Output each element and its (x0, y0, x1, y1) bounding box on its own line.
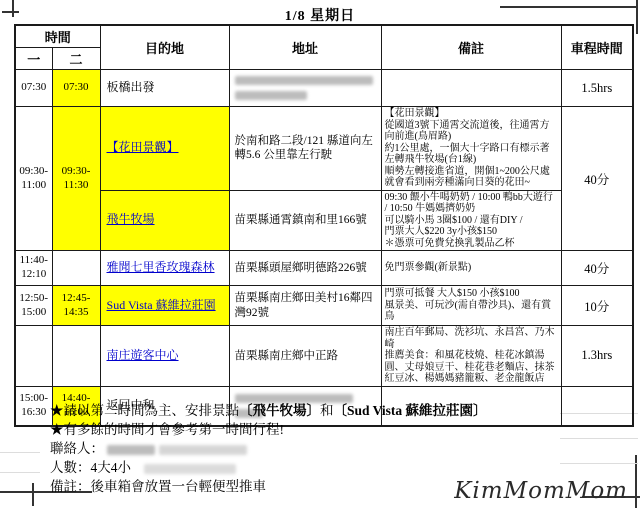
sudvista-link[interactable]: Sud Vista 蘇維拉莊園 (107, 298, 216, 312)
destination-yawen: 雅聞七里香玫瑰森林 (100, 251, 229, 286)
time2-yawen-empty (52, 251, 100, 286)
itinerary-page: 1/8 星期日 時間 目的地 地址 備註 車程時間 一 二 07:30 07:3… (0, 0, 640, 508)
col-header-time-option2: 二 (52, 48, 100, 70)
redacted-text (235, 76, 373, 85)
time1-sudvista: 12:50- 15:00 (15, 286, 52, 326)
time2-sudvista: 12:45- 14:35 (52, 286, 100, 326)
redacted-text (107, 445, 155, 455)
drive-nanzhuang: 1.3hrs (561, 326, 633, 387)
time1-yawen: 11:40- 12:10 (15, 251, 52, 286)
note-line: 南庄百年郵局、洗衫坑、永昌宮、乃木崎 (385, 327, 558, 350)
table-row: 07:30 07:30 板橋出發 1.5hrs (15, 70, 633, 107)
note-line: 約1公里處，一個大十字路口有標示著左轉飛牛牧場(台1線) (385, 143, 558, 166)
time1-banqiao: 07:30 (15, 70, 52, 107)
footer-highlight-sudvista: 〔Sud Vista 蘇維拉莊園〕 (334, 403, 487, 418)
table-row: 09:30- 11:00 09:30- 11:30 【花田景觀】 於南和路二段/… (15, 107, 633, 191)
notes-yawen: 免門票參觀(新景點) (381, 251, 561, 286)
note-line: 免門票參觀(新景點) (385, 262, 558, 274)
note-line: 順勢左轉接進省道，開個1~200公尺處就會看到兩旁種滿向日葵的花田~ (385, 166, 558, 189)
notes-feiniu: 09:30 餵小牛喝奶奶 / 10:00 鴨bb大遊行 / 10:50 牛媽媽擠… (381, 190, 561, 251)
col-header-notes: 備註 (381, 25, 561, 70)
time1-morning: 09:30- 11:00 (15, 107, 52, 251)
redacted-text (235, 91, 307, 100)
note-line: 門票大人$220 3y小孩$150 (385, 226, 558, 238)
table-row: 12:50- 15:00 12:45- 14:35 Sud Vista 蘇維拉莊… (15, 286, 633, 326)
note-line: 推薦美食：和風花枝燒、桂花冰鎮湯圓、丈母娘豆干、桂花巷老麵店、抹茶紅豆冰、楊媽媽… (385, 350, 558, 385)
table-row: 飛牛牧場 苗栗縣通霄鎮南和里166號 09:30 餵小牛喝奶奶 / 10:00 … (15, 190, 633, 251)
col-header-address: 地址 (229, 25, 381, 70)
address-banqiao-redacted (229, 70, 381, 107)
footer-line-contact: 聯絡人： (50, 439, 610, 458)
col-header-time: 時間 (15, 25, 100, 48)
notes-nanzhuang: 南庄百年郵局、洗衫坑、永昌宮、乃木崎 推薦美食：和風花枝燒、桂花冰鎮湯圓、丈母娘… (381, 326, 561, 387)
scan-artifact-line (0, 472, 40, 473)
footer-text: ★請以第二時間為主、安排景點 (50, 403, 239, 418)
note-line: 從國道3號下通霄交流道後，往通霄方向前進(鳥眉路) (385, 120, 558, 143)
time1-nanzhuang-empty (15, 326, 52, 387)
drive-morning: 40分 (561, 107, 633, 251)
destination-banqiao: 板橋出發 (100, 70, 229, 107)
time2-morning: 09:30- 11:30 (52, 107, 100, 251)
footer-line-priority: ★請以第二時間為主、安排景點〔飛牛牧場〕和〔Sud Vista 蘇維拉莊園〕 (50, 401, 610, 420)
contact-label: 聯絡人： (50, 441, 104, 456)
itinerary-table: 時間 目的地 地址 備註 車程時間 一 二 07:30 07:30 板橋出發 1… (14, 24, 634, 427)
crop-mark-bottom-left-v (32, 483, 34, 506)
note-line: 風景美、可玩沙(需自帶沙具)、還有賞鳥 (385, 300, 558, 323)
note-line: 09:30 餵小牛喝奶奶 / 10:00 鴨bb大遊行 / 10:50 牛媽媽擠… (385, 192, 558, 215)
drive-banqiao: 1.5hrs (561, 70, 633, 107)
page-title: 1/8 星期日 (0, 5, 640, 25)
col-header-drive-time: 車程時間 (561, 25, 633, 70)
col-header-time-option1: 一 (15, 48, 52, 70)
redacted-text (159, 445, 247, 455)
notes-sudvista: 門票可抵餐 大人$150 小孩$100 風景美、可玩沙(需自帶沙具)、還有賞鳥 (381, 286, 561, 326)
huatian-link[interactable]: 【花田景觀】 (107, 140, 179, 154)
destination-nanzhuang: 南庄遊客中心 (100, 326, 229, 387)
note-line: 門票可抵餐 大人$150 小孩$100 (385, 288, 558, 300)
footer-line-extra-time: ★有多餘的時間才會參考第一時間行程! (50, 420, 610, 439)
yawen-link[interactable]: 雅聞七里香玫瑰森林 (107, 260, 215, 274)
nanzhuang-link[interactable]: 南庄遊客中心 (107, 348, 179, 362)
note-line: 可以騎小馬 3圈$100 / 還有DIY / (385, 215, 558, 227)
notes-huatian: 【花田景觀】 從國道3號下通霄交流道後，往通霄方向前進(鳥眉路) 約1公里處，一… (381, 107, 561, 191)
footer-line-people: 人數：4大4小 (50, 458, 610, 477)
time1-back: 15:00- 16:30 (15, 386, 52, 426)
address-feiniu: 苗栗縣通霄鎮南和里166號 (229, 190, 381, 251)
address-sudvista: 苗栗縣南庄鄉田美村16鄰四灣92號 (229, 286, 381, 326)
scan-artifact-line (0, 452, 40, 453)
footer-text: 和 (320, 403, 334, 418)
note-line: ＊憑票可免費兌換乳製品乙杯 (385, 238, 558, 250)
people-label: 人數：4大4小 (50, 460, 131, 475)
col-header-destination: 目的地 (100, 25, 229, 70)
drive-sudvista: 10分 (561, 286, 633, 326)
address-huatian: 於南和路二段/121 縣道向左轉5.6 公里靠左行駛 (229, 107, 381, 191)
watermark-signature: KimMomMom (454, 478, 628, 504)
note-line: 【花田景觀】 (385, 108, 558, 120)
redacted-text (144, 464, 236, 474)
feiniu-link[interactable]: 飛牛牧場 (107, 212, 155, 226)
address-nanzhuang: 苗栗縣南庄鄉中正路 (229, 326, 381, 387)
notes-banqiao-empty (381, 70, 561, 107)
address-yawen: 苗栗縣頭屋鄉明德路226號 (229, 251, 381, 286)
destination-feiniu: 飛牛牧場 (100, 190, 229, 251)
destination-sudvista: Sud Vista 蘇維拉莊園 (100, 286, 229, 326)
time2-nanzhuang-empty (52, 326, 100, 387)
drive-yawen: 40分 (561, 251, 633, 286)
table-row: 南庄遊客中心 苗栗縣南庄鄉中正路 南庄百年郵局、洗衫坑、永昌宮、乃木崎 推薦美食… (15, 326, 633, 387)
time2-banqiao: 07:30 (52, 70, 100, 107)
table-row: 11:40- 12:10 雅聞七里香玫瑰森林 苗栗縣頭屋鄉明德路226號 免門票… (15, 251, 633, 286)
footer-highlight-feiniu: 〔飛牛牧場〕 (239, 403, 320, 418)
destination-huatian: 【花田景觀】 (100, 107, 229, 191)
